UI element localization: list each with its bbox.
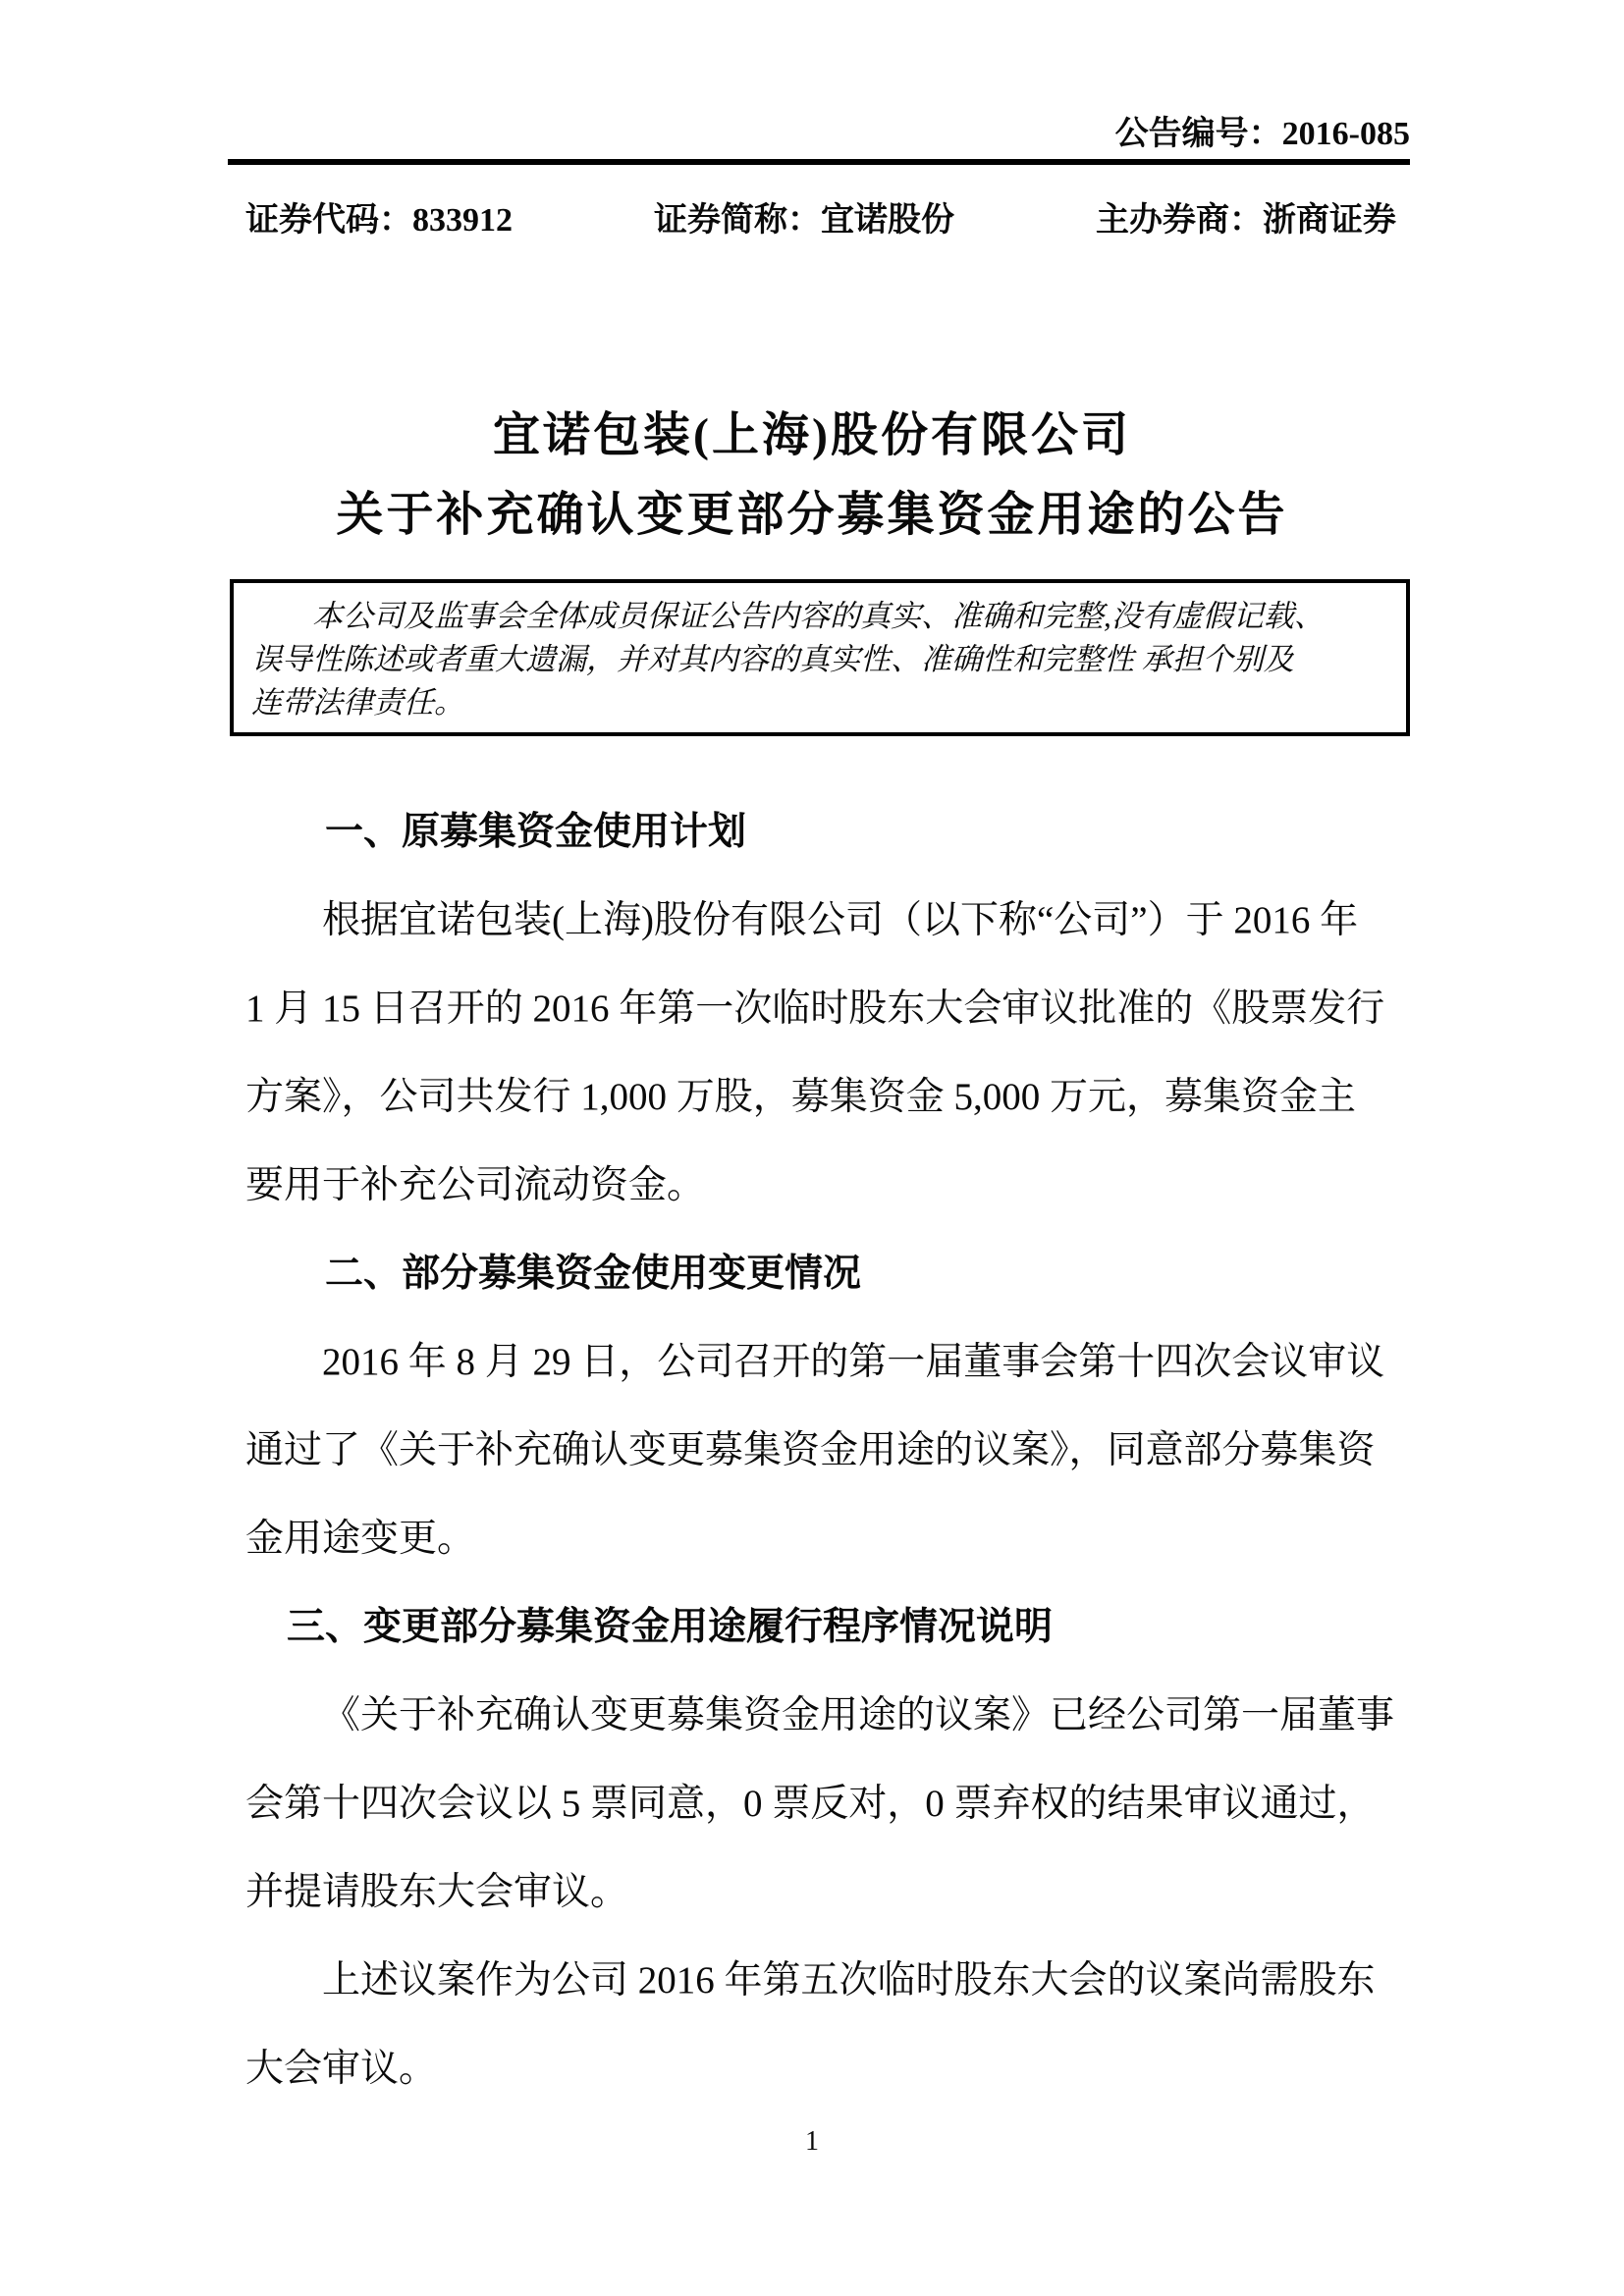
section-2-paragraph-line-3: 金用途变更。 xyxy=(245,1495,1410,1583)
section-3-paragraph-line-2: 会第十四次会议以 5 票同意，0 票反对，0 票弃权的结果审议通过， xyxy=(245,1760,1410,1848)
document-body: 一、原募集资金使用计划 根据宜诺包装(上海)股份有限公司（以下称“公司”）于 2… xyxy=(228,788,1410,2113)
section-3-paragraph-line-3: 并提请股东大会审议。 xyxy=(245,1848,1410,1937)
section-1-heading: 一、原募集资金使用计划 xyxy=(325,788,1410,877)
section-1-paragraph-line-2: 1 月 15 日召开的 2016 年第一次临时股东大会审议批准的《股票发行 xyxy=(245,965,1410,1053)
section-1-paragraph-line-3: 方案》，公司共发行 1,000 万股，募集资金 5,000 万元，募集资金主 xyxy=(245,1053,1410,1142)
announcement-number: 公告编号：2016-085 xyxy=(228,114,1410,155)
section-3-paragraph-2-line-1: 上述议案作为公司 2016 年第五次临时股东大会的议案尚需股东 xyxy=(245,1937,1410,2025)
document-page: 公告编号：2016-085 证券代码：833912 证券简称：宜诺股份 主办券商… xyxy=(0,0,1624,2296)
section-2-heading: 二、部分募集资金使用变更情况 xyxy=(325,1230,1410,1318)
company-title: 宜诺包装(上海)股份有限公司 xyxy=(0,408,1624,463)
section-3-heading: 三、变更部分募集资金用途履行程序情况说明 xyxy=(287,1583,1410,1672)
securities-header-row: 证券代码：833912 证券简称：宜诺股份 主办券商：浙商证券 xyxy=(245,200,1396,241)
disclaimer-box: 本公司及监事会全体成员保证公告内容的真实、准确和完整,没有虚假记载、 误导性陈述… xyxy=(230,579,1410,736)
disclaimer-line-1: 本公司及监事会全体成员保证公告内容的真实、准确和完整,没有虚假记载、 xyxy=(251,595,1390,638)
page-number: 1 xyxy=(0,2124,1624,2160)
stock-short-name-label: 证券简称：宜诺股份 xyxy=(654,200,954,241)
stock-code-label: 证券代码：833912 xyxy=(245,200,513,241)
section-2-paragraph-line-1: 2016 年 8 月 29 日，公司召开的第一届董事会第十四次会议审议 xyxy=(245,1318,1410,1407)
announcement-title: 关于补充确认变更部分募集资金用途的公告 xyxy=(0,488,1624,543)
section-2-paragraph-line-2: 通过了《关于补充确认变更募集资金用途的议案》，同意部分募集资 xyxy=(245,1407,1410,1495)
section-3-paragraph-2-line-2: 大会审议。 xyxy=(245,2025,1410,2113)
section-1-paragraph-line-4: 要用于补充公司流动资金。 xyxy=(245,1142,1410,1230)
sponsor-label: 主办券商：浙商证券 xyxy=(1096,200,1396,241)
disclaimer-line-3: 连带法律责任。 xyxy=(251,681,1390,724)
section-1-paragraph-line-1: 根据宜诺包装(上海)股份有限公司（以下称“公司”）于 2016 年 xyxy=(245,877,1410,965)
header-divider-rule xyxy=(228,159,1410,165)
disclaimer-line-2: 误导性陈述或者重大遗漏，并对其内容的真实性、准确性和完整性 承担个别及 xyxy=(251,638,1390,681)
section-3-paragraph-line-1: 《关于补充确认变更募集资金用途的议案》已经公司第一届董事 xyxy=(245,1672,1410,1760)
